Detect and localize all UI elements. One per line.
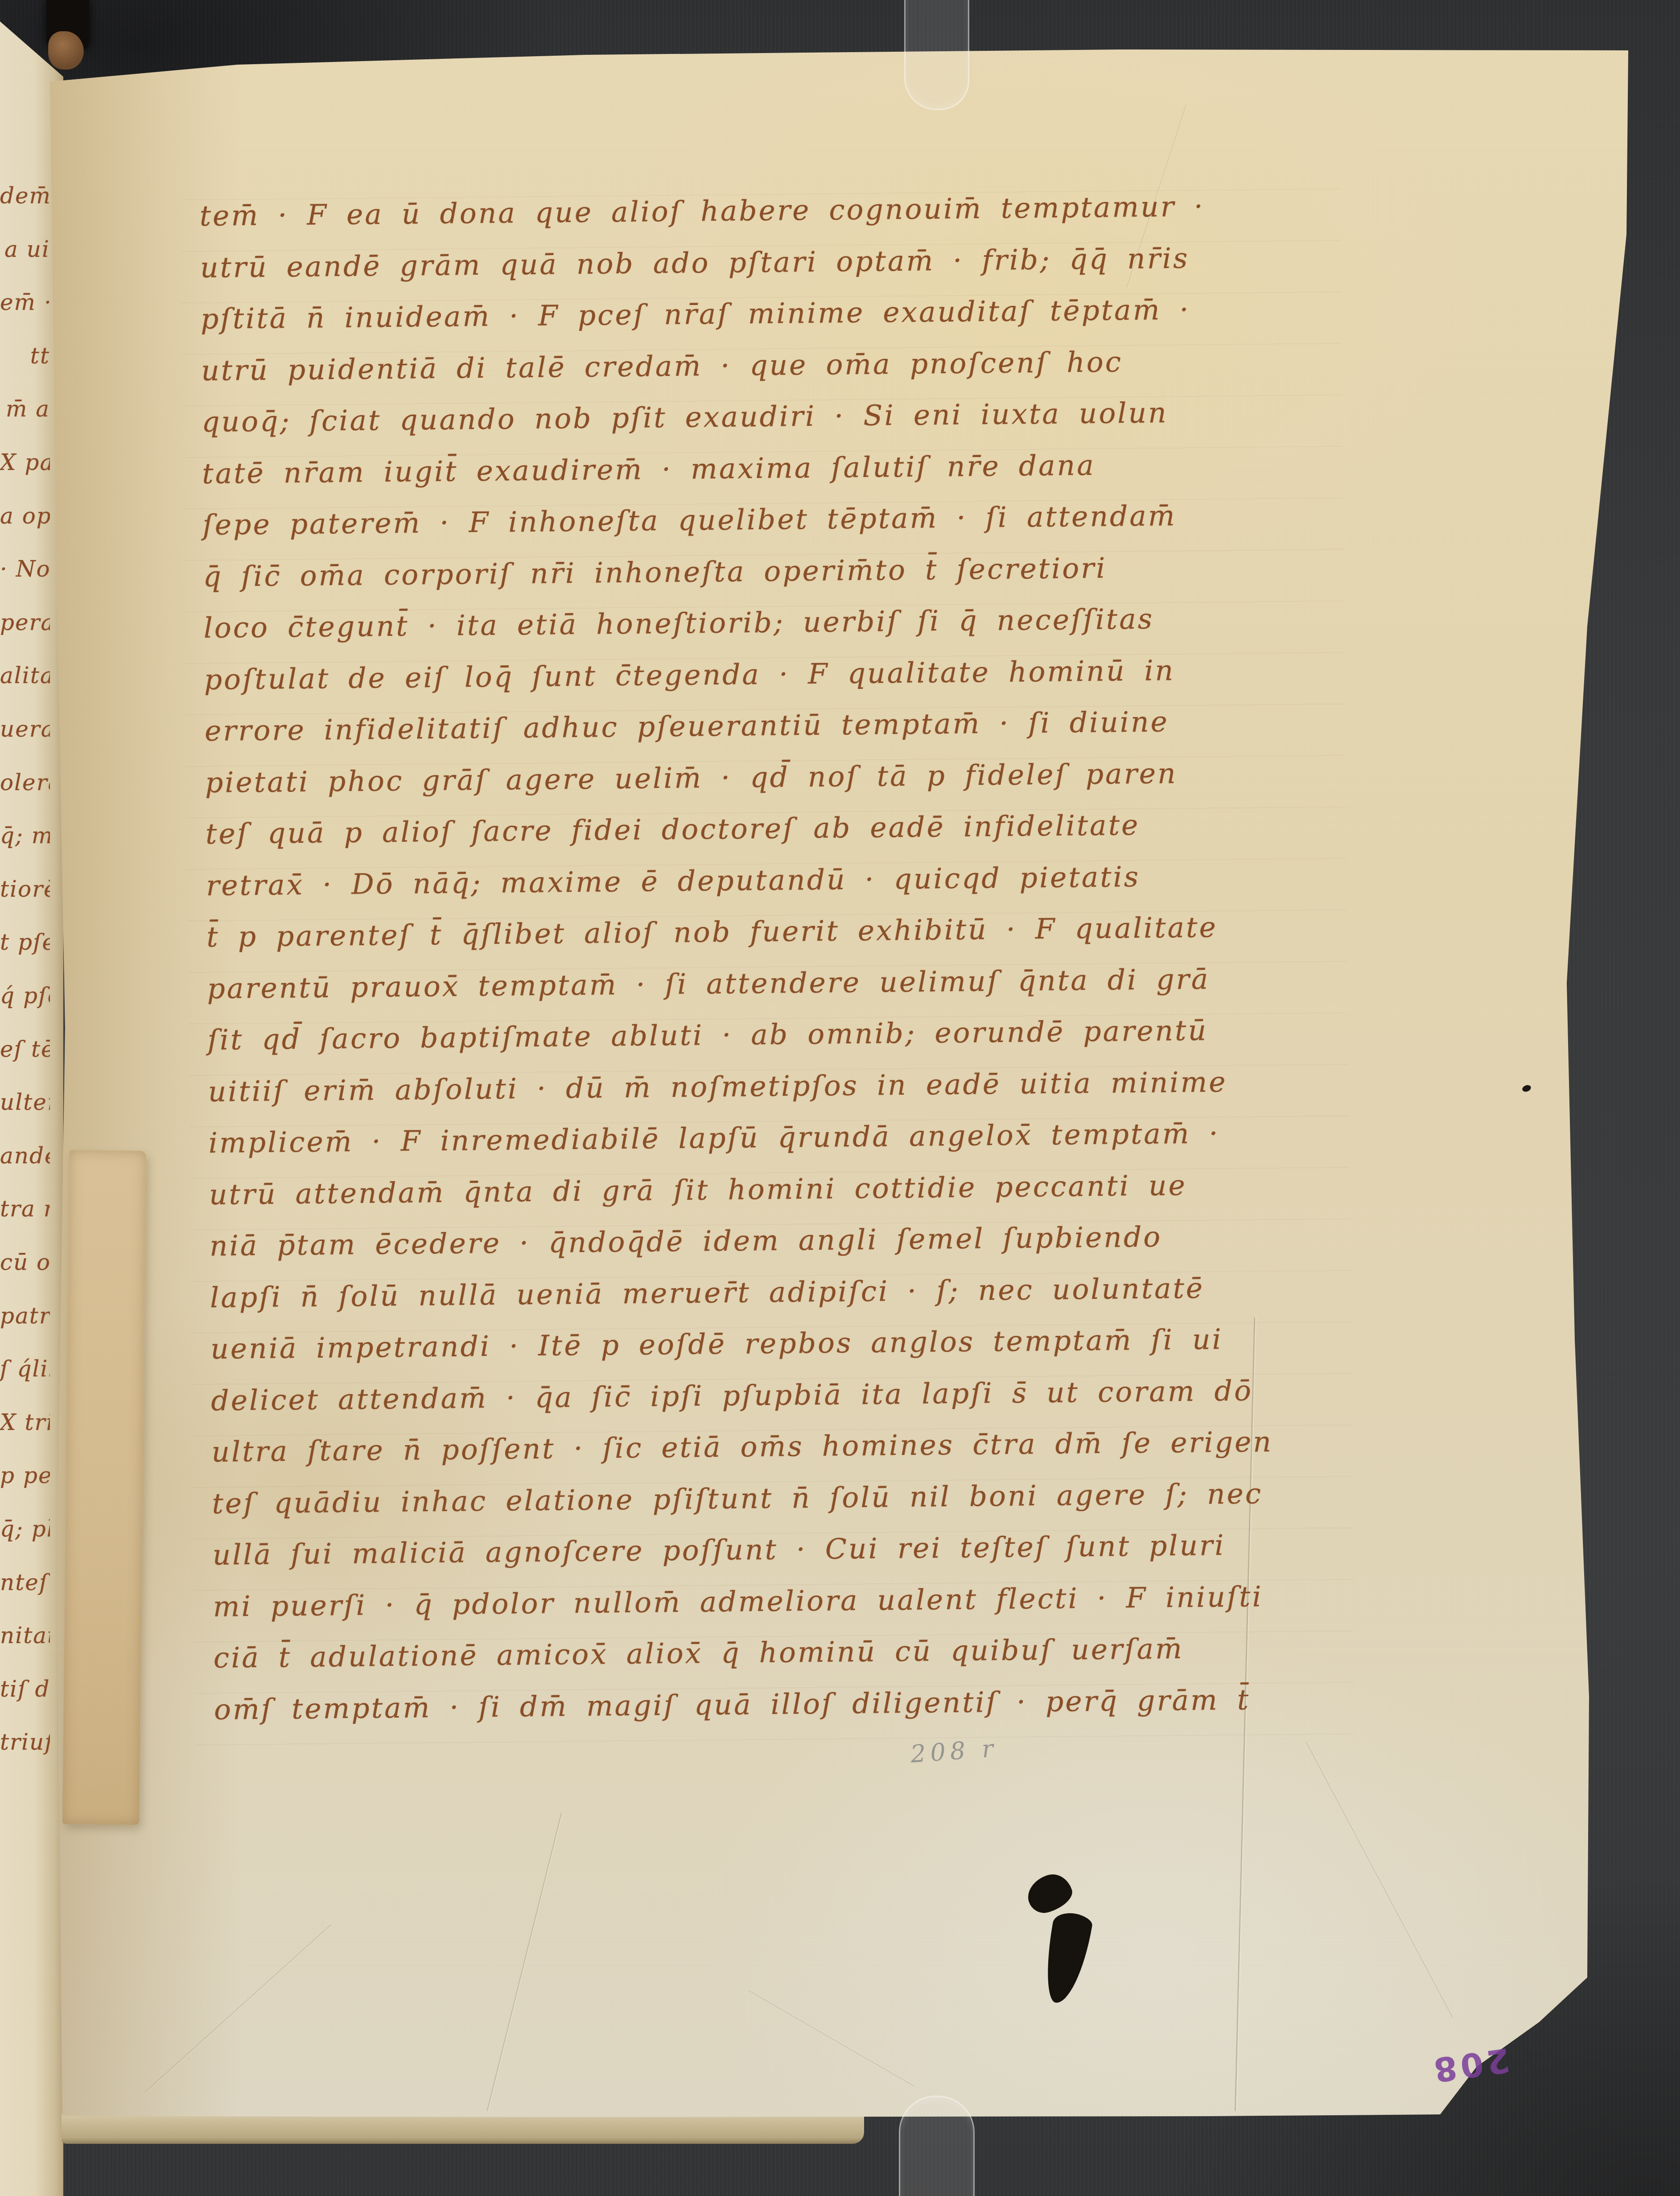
text-line: utrū eandē grām quā nob ado pſtari optam… xyxy=(200,242,1190,284)
text-line: uitiiſ erim̄ abſoluti · dū m̄ noſmetipſo… xyxy=(208,1065,1227,1108)
text-line: poſtulat de eiſ loq̄ ſunt c̄tegenda · F … xyxy=(204,654,1175,696)
text-line: parentū prauox̄ temptam̄ · ſi attendere … xyxy=(207,963,1210,1005)
text-line: teſ quā p alioſ ſacre fidei doctoreſ ab … xyxy=(206,809,1140,850)
text-line: implicem̄ · F inremediabilē lapſū q̄rund… xyxy=(208,1117,1220,1159)
text-line: ſit qd̄ ſacro baptiſmate abluti · ab omn… xyxy=(207,1014,1208,1056)
text-line: tatē nr̄am iugit̄ exaudirem̄ · maxima ſa… xyxy=(202,449,1095,490)
text-line: q̄ ſic̄ om̄a corporiſ nr̄i inhoneſta ope… xyxy=(203,552,1107,593)
text-line: quoq̄; ſciat quando nob pſit exaudiri · … xyxy=(202,396,1168,438)
text-line: ueniā impetrandi · Itē p eoſdē repbos an… xyxy=(210,1323,1223,1365)
text-line: delicet attendam̄ · q̄a ſic̄ ipſi pſupbi… xyxy=(211,1374,1253,1417)
page-holder-strap-bottom xyxy=(899,2096,975,2196)
text-line: ullā ſui maliciā agnoſcere poſſunt · Cui… xyxy=(212,1529,1225,1571)
text-line: loco c̄tegunt̄ · ita etiā honeſtiorib; u… xyxy=(203,603,1154,644)
text-line: pietati phoc grāſ agere uelim̄ · qd̄ noſ… xyxy=(205,757,1178,799)
text-line: lapſi n̄ ſolū nullā ueniā meruer̄t adipi… xyxy=(210,1272,1205,1314)
text-line: teſ quādiu inhac elatione pſiſtunt n̄ ſo… xyxy=(212,1477,1263,1520)
text-line: ſepe paterem̄ · F inhoneſta quelibet tēp… xyxy=(202,499,1177,541)
page-holder-strap-top xyxy=(904,0,969,110)
text-line: t̄ p parenteſ t̄ q̄ſlibet alioſ nob fuer… xyxy=(206,911,1218,953)
text-block: tem̄ · F ea ū dona que alioſ habere cogn… xyxy=(0,0,1680,2196)
text-line: mi puerſi · q̄ pdolor nullom̄ admeliora … xyxy=(213,1580,1263,1623)
text-line: niā p̄tam ēcedere · q̄ndoq̄dē idem angli… xyxy=(210,1220,1162,1262)
text-line: retrax̄ · Dō nāq̄; maxime ē deputandū · … xyxy=(206,860,1141,902)
text-line: ciā t̄ adulationē amicox̄ aliox̄ q̄ homi… xyxy=(214,1632,1184,1674)
text-line: pſtitā n̄ inuideam̄ · F pceſ nr̄aſ minim… xyxy=(201,293,1190,335)
text-line: tem̄ · F ea ū dona que alioſ habere cogn… xyxy=(200,190,1205,232)
text-line: om̄ſ temptam̄ · ſi dm̄ magiſ quā illoſ d… xyxy=(214,1683,1251,1726)
text-line: utrū attendam̄ q̄nta di grā ſit homini c… xyxy=(209,1169,1187,1211)
text-line: utrū puidentiā di talē credam̄ · que om̄… xyxy=(201,346,1123,387)
text-line: ultra ſtare n̄ poſſent · ſic etiā om̄s h… xyxy=(211,1426,1273,1468)
text-line: errore infidelitatiſ adhuc pſeuerantiū t… xyxy=(205,705,1169,747)
